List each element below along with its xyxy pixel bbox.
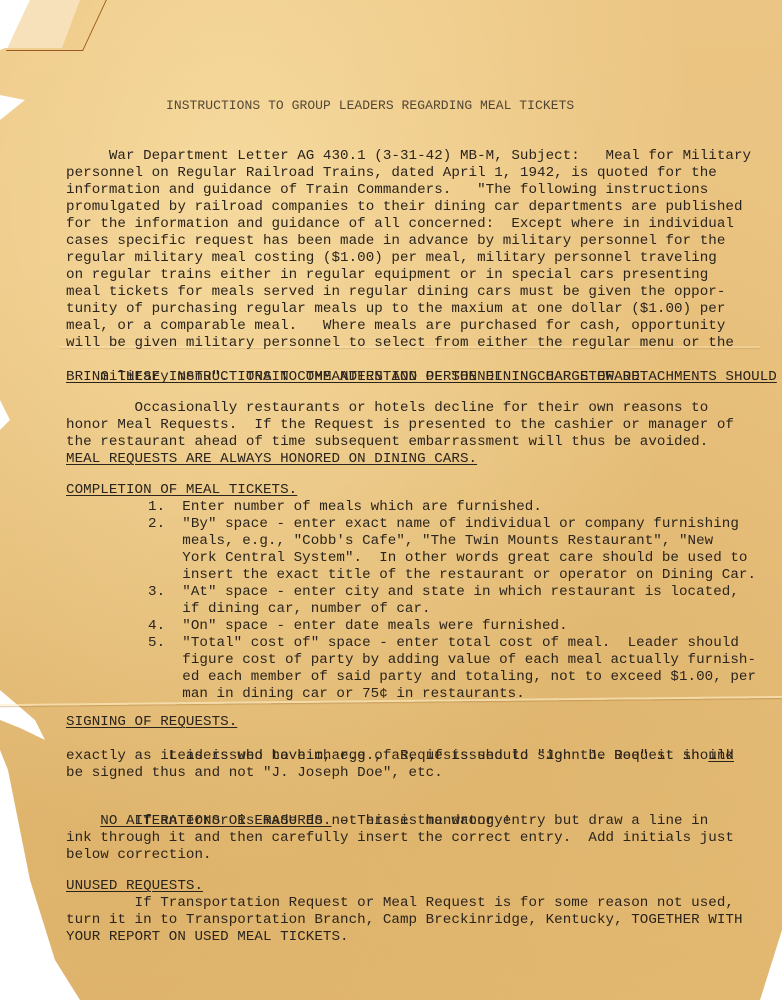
intro-line: regular military meal costing ($1.00) pe…	[66, 250, 717, 267]
completion-item: 4. "On" space - enter date meals were fu…	[148, 618, 568, 635]
document: INSTRUCTIONS TO GROUP LEADERS REGARDING …	[0, 0, 782, 1000]
document-title: INSTRUCTIONS TO GROUP LEADERS REGARDING …	[166, 97, 574, 114]
section-heading-completion: COMPLETION OF MEAL TICKETS.	[66, 482, 297, 499]
section-heading-unused: UNUSED REQUESTS.	[66, 878, 203, 895]
unused-line: If Transportation Request or Meal Reques…	[66, 895, 734, 912]
intro-line: cases specific request has been made in …	[66, 233, 725, 250]
restaurants-line: Occasionally restaurants or hotels decli…	[66, 400, 708, 417]
completion-item: if dining car, number of car.	[148, 601, 431, 618]
completion-item: 3. "At" space - enter city and state in …	[148, 584, 739, 601]
restaurants-line: honor Meal Requests. If the Request is p…	[66, 417, 734, 434]
intro-line: meal tickets for meals served in regular…	[66, 284, 725, 301]
restaurants-line: the restaurant ahead of time subsequent …	[66, 434, 708, 451]
completion-item: ed each member of said party and totalin…	[148, 669, 756, 686]
unused-line: turn it in to Transportation Branch, Cam…	[66, 912, 743, 929]
alterations-line: ink through it and then carefully insert…	[66, 830, 734, 847]
completion-item: insert the exact title of the restaurant…	[148, 567, 756, 584]
restaurants-note: MEAL REQUESTS ARE ALWAYS HONORED ON DINI…	[66, 451, 477, 468]
intro-line: will be given military personnel to sele…	[66, 335, 734, 352]
intro-emphasis: BRING THESE INSTRUCTIONS TO THE ATTENTIO…	[66, 369, 648, 386]
completion-item: York Central System". In other words gre…	[148, 550, 747, 567]
completion-item: 1. Enter number of meals which are furni…	[148, 499, 542, 516]
section-heading-signing: SIGNING OF REQUESTS.	[66, 714, 237, 731]
intro-line: promulgated by railroad companies to the…	[66, 199, 743, 216]
completion-item: 2. "By" space - enter exact name of indi…	[148, 516, 739, 533]
alterations-line: If an error is made do not erase the wro…	[66, 813, 708, 830]
completion-item: meals, e.g., "Cobb's Cafe", "The Twin Mo…	[148, 533, 713, 550]
intro-line: meal, or a comparable meal. Where meals …	[66, 318, 725, 335]
intro-line: tunity of purchasing regular meals up to…	[66, 301, 725, 318]
intro-line: information and guidance of Train Comman…	[66, 182, 708, 199]
completion-item: figure cost of party by adding value of …	[148, 652, 756, 669]
completion-item: man in dining car or 75¢ in restaurants.	[148, 686, 525, 703]
intro-line: War Department Letter AG 430.1 (3-31-42)…	[66, 148, 751, 165]
alterations-line: below correction.	[66, 847, 212, 864]
unused-line: YOUR REPORT ON USED MEAL TICKETS.	[66, 929, 349, 946]
intro-line: on regular trains either in regular equi…	[66, 267, 708, 284]
completion-item: 5. "Total" cost of" space - enter total …	[148, 635, 739, 652]
signing-line: exactly as it is issued to him, e.g., as…	[66, 748, 734, 765]
intro-line: for the information and guidance of all …	[66, 216, 734, 233]
intro-line: personnel on Regular Railroad Trains, da…	[66, 165, 717, 182]
signing-line: be signed thus and not "J. Joseph Doe", …	[66, 765, 443, 782]
